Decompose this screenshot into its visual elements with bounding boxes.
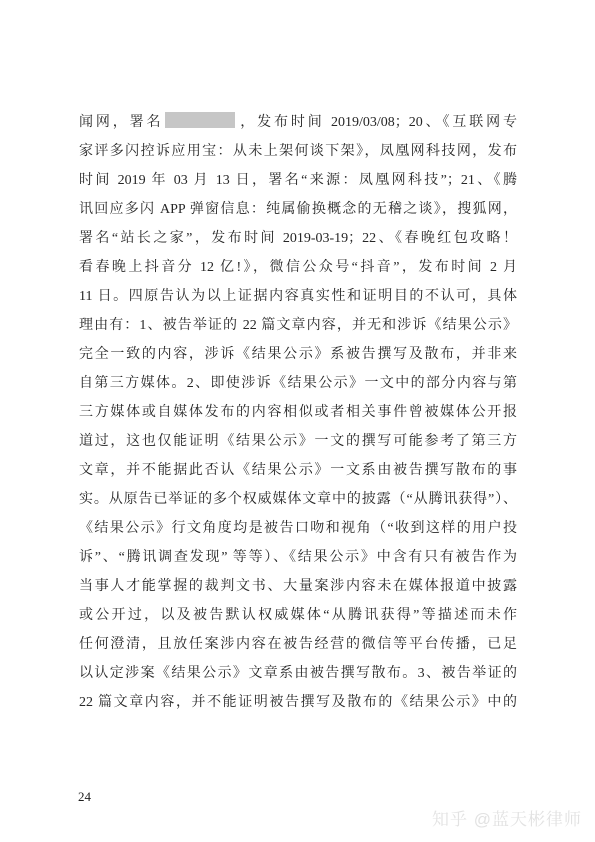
text-line: 完全一致的内容，涉诉《结果公示》系被告撰写及散布，并非来 [79, 340, 517, 369]
redacted-name-box [165, 112, 235, 128]
text-line: 讯回应多闪 APP 弹窗信息：纯属偷换概念的无稽之谈》，搜狐网， [79, 195, 517, 224]
text-line-prefix: 闻网，署名 [79, 115, 163, 130]
page-number: 24 [78, 789, 91, 805]
text-line: 或公开过，以及被告默认权威媒体“从腾讯获得”等描述而未作 [79, 601, 517, 630]
text-line: 文章，并不能据此否认《结果公示》一文系由被告撰写散布的事 [79, 456, 517, 485]
text-line: 任何澄清，且放任案涉内容在被告经营的微信等平台传播，已足 [79, 630, 517, 659]
text-line: 自第三方媒体。2、即使涉诉《结果公示》一文中的部分内容与第 [79, 369, 517, 398]
text-line: 当事人才能掌握的裁判文书、大量案涉内容未在媒体报道中披露 [79, 572, 517, 601]
text-line: 实。从原告已举证的多个权威媒体文章中的披露（“从腾讯获得”）、 [79, 485, 517, 514]
text-line: 看春晚上抖音分 12 亿!》，微信公众号“抖音”，发布时间 2 月 [79, 253, 517, 282]
text-line: 理由有：1、被告举证的 22 篇文章内容，并无和涉诉《结果公示》 [79, 311, 517, 340]
text-line: 三方媒体或自媒体发布的内容相似或者相关事件曾被媒体公开报 [79, 398, 517, 427]
text-line: 22 篇文章内容，并不能证明被告撰写及散布的《结果公示》中的 [79, 688, 517, 717]
text-line: 时间 2019 年 03 月 13 日，署名“来源：凤凰网科技”；21、《腾 [79, 166, 517, 195]
document-page: 闻网，署名，发布时间 2019/03/08；20、《互联网专 家评多闪控诉应用宝… [0, 0, 595, 842]
text-line: 署名“站长之家”，发布时间 2019-03-19；22、《春晚红包攻略！ [79, 224, 517, 253]
text-line: 《结果公示》行文角度均是被告口吻和视角（“收到这样的用户投 [79, 514, 517, 543]
text-line: 闻网，署名，发布时间 2019/03/08；20、《互联网专 [79, 108, 517, 137]
text-line: 诉”、“腾讯调查发现” 等等）、《结果公示》中含有只有被告作为 [79, 543, 517, 572]
zhihu-watermark: 知乎 @蓝天彬律师 [432, 805, 582, 830]
text-line: 11 日。四原告认为以上证据内容真实性和证明目的不认可，具体 [79, 282, 517, 311]
text-line: 以认定涉案《结果公示》文章系由被告撰写散布。3、被告举证的 [79, 659, 517, 688]
text-line-suffix: ，发布时间 2019/03/08；20、《互联网专 [237, 115, 517, 130]
body-text: 闻网，署名，发布时间 2019/03/08；20、《互联网专 家评多闪控诉应用宝… [79, 108, 517, 717]
text-line: 道过，这也仅能证明《结果公示》一文的撰写可能参考了第三方 [79, 427, 517, 456]
text-line: 家评多闪控诉应用宝：从未上架何谈下架》，凤凰网科技网，发布 [79, 137, 517, 166]
